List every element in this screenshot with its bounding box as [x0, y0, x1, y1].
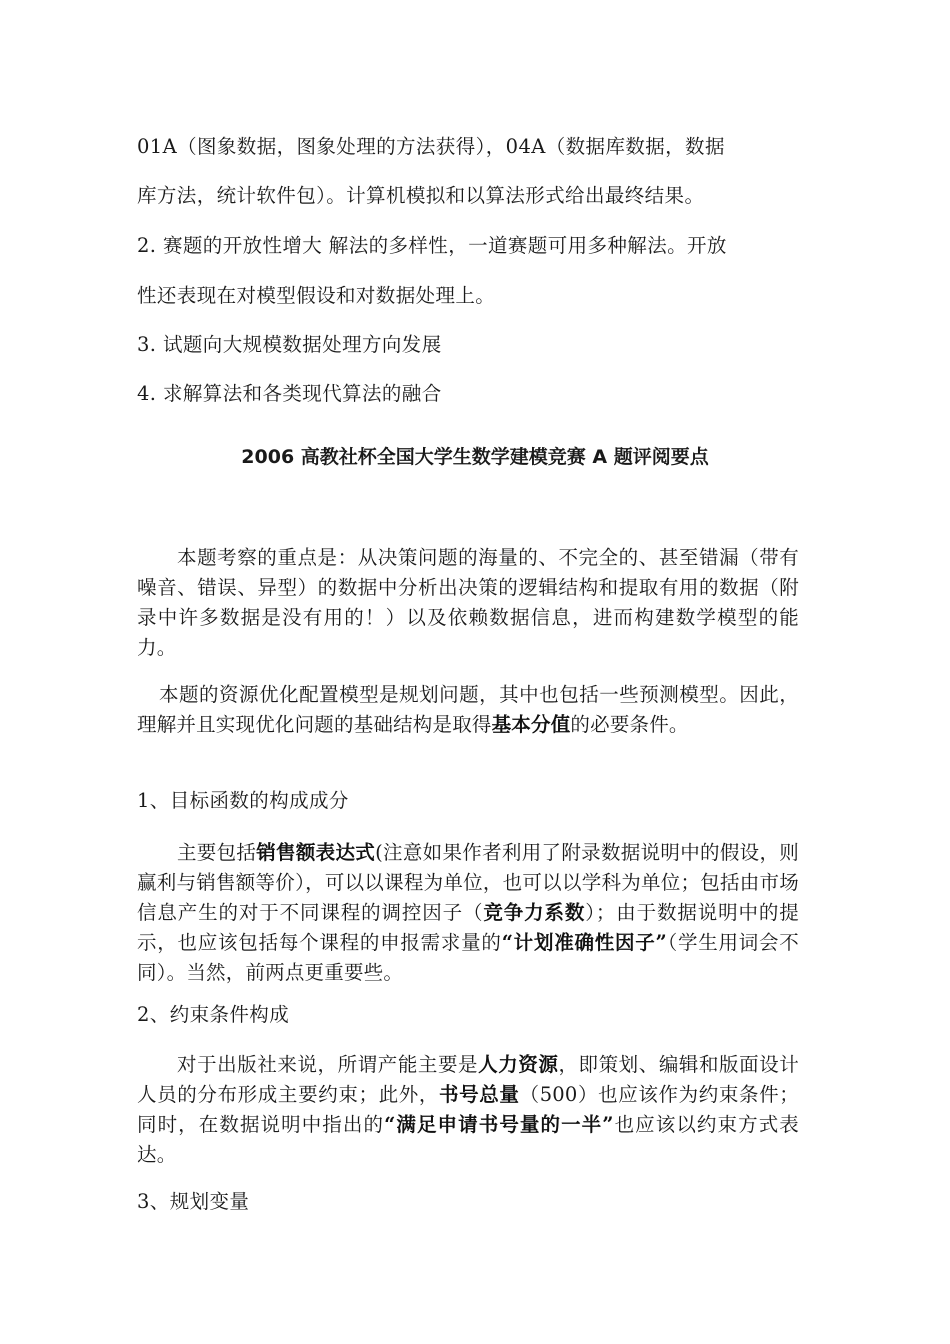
para4-text-1: 对于出版社来说，所谓产能主要是 [177, 1053, 478, 1076]
para3-bold-competitiveness: 竞争力系数 [483, 901, 585, 924]
para3-bold-plan-accuracy: “计划准确性因子” [502, 931, 667, 954]
heading-planning-variables: 3、规划变量 [137, 1190, 249, 1214]
para3-text-1: 主要包括 [177, 841, 256, 864]
paragraph-constraints: 对于出版社来说，所谓产能主要是人力资源，即策划、编辑和版面设计人员的分布形成主要… [137, 1050, 799, 1170]
para2-text-after: 的必要条件。 [570, 713, 688, 736]
document-page: 01A（图象数据，图象处理的方法获得），04A（数据库数据，数据 库方法，统计软… [0, 0, 950, 1344]
para3-bold-sales-expression: 销售额表达式 [256, 841, 375, 864]
section-title: 2006 高教社杯全国大学生数学建模竞赛 A 题评阅要点 [0, 445, 950, 469]
paragraph-focus: 本题考察的重点是：从决策问题的海量的、不完全的、甚至错漏（带有噪音、错误、异型）… [137, 543, 799, 663]
list-item-4: 4. 求解算法和各类现代算法的融合 [137, 382, 442, 406]
paragraph-objective-function: 主要包括销售额表达式(注意如果作者利用了附录数据说明中的假设，则赢利与销售额等价… [137, 838, 799, 988]
heading-constraints: 2、约束条件构成 [137, 1003, 289, 1027]
para4-bold-human-resources: 人力资源 [478, 1053, 558, 1076]
heading-objective-function: 1、目标函数的构成成分 [137, 789, 349, 813]
list-item-2-line-1: 2. 赛题的开放性增大 解法的多样性，一道赛题可用多种解法。开放 [137, 234, 727, 258]
para2-text-before: 本题的资源优化配置模型是规划问题，其中也包括一些预测模型。因此，理解并且实现优化… [137, 683, 799, 736]
paragraph-resource-optimization: 本题的资源优化配置模型是规划问题，其中也包括一些预测模型。因此，理解并且实现优化… [137, 680, 799, 740]
intro-line-2: 库方法，统计软件包）。计算机模拟和以算法形式给出最终结果。 [137, 184, 704, 208]
para4-bold-isbn-total: 书号总量 [439, 1083, 520, 1106]
list-item-3: 3. 试题向大规模数据处理方向发展 [137, 333, 442, 357]
intro-line-1: 01A（图象数据，图象处理的方法获得），04A（数据库数据，数据 [137, 135, 725, 159]
para4-bold-half-requests: “满足申请书号量的一半” [384, 1113, 614, 1136]
list-item-2-line-2: 性还表现在对模型假设和对数据处理上。 [137, 284, 495, 308]
para2-bold-basic-score: 基本分值 [492, 713, 571, 736]
